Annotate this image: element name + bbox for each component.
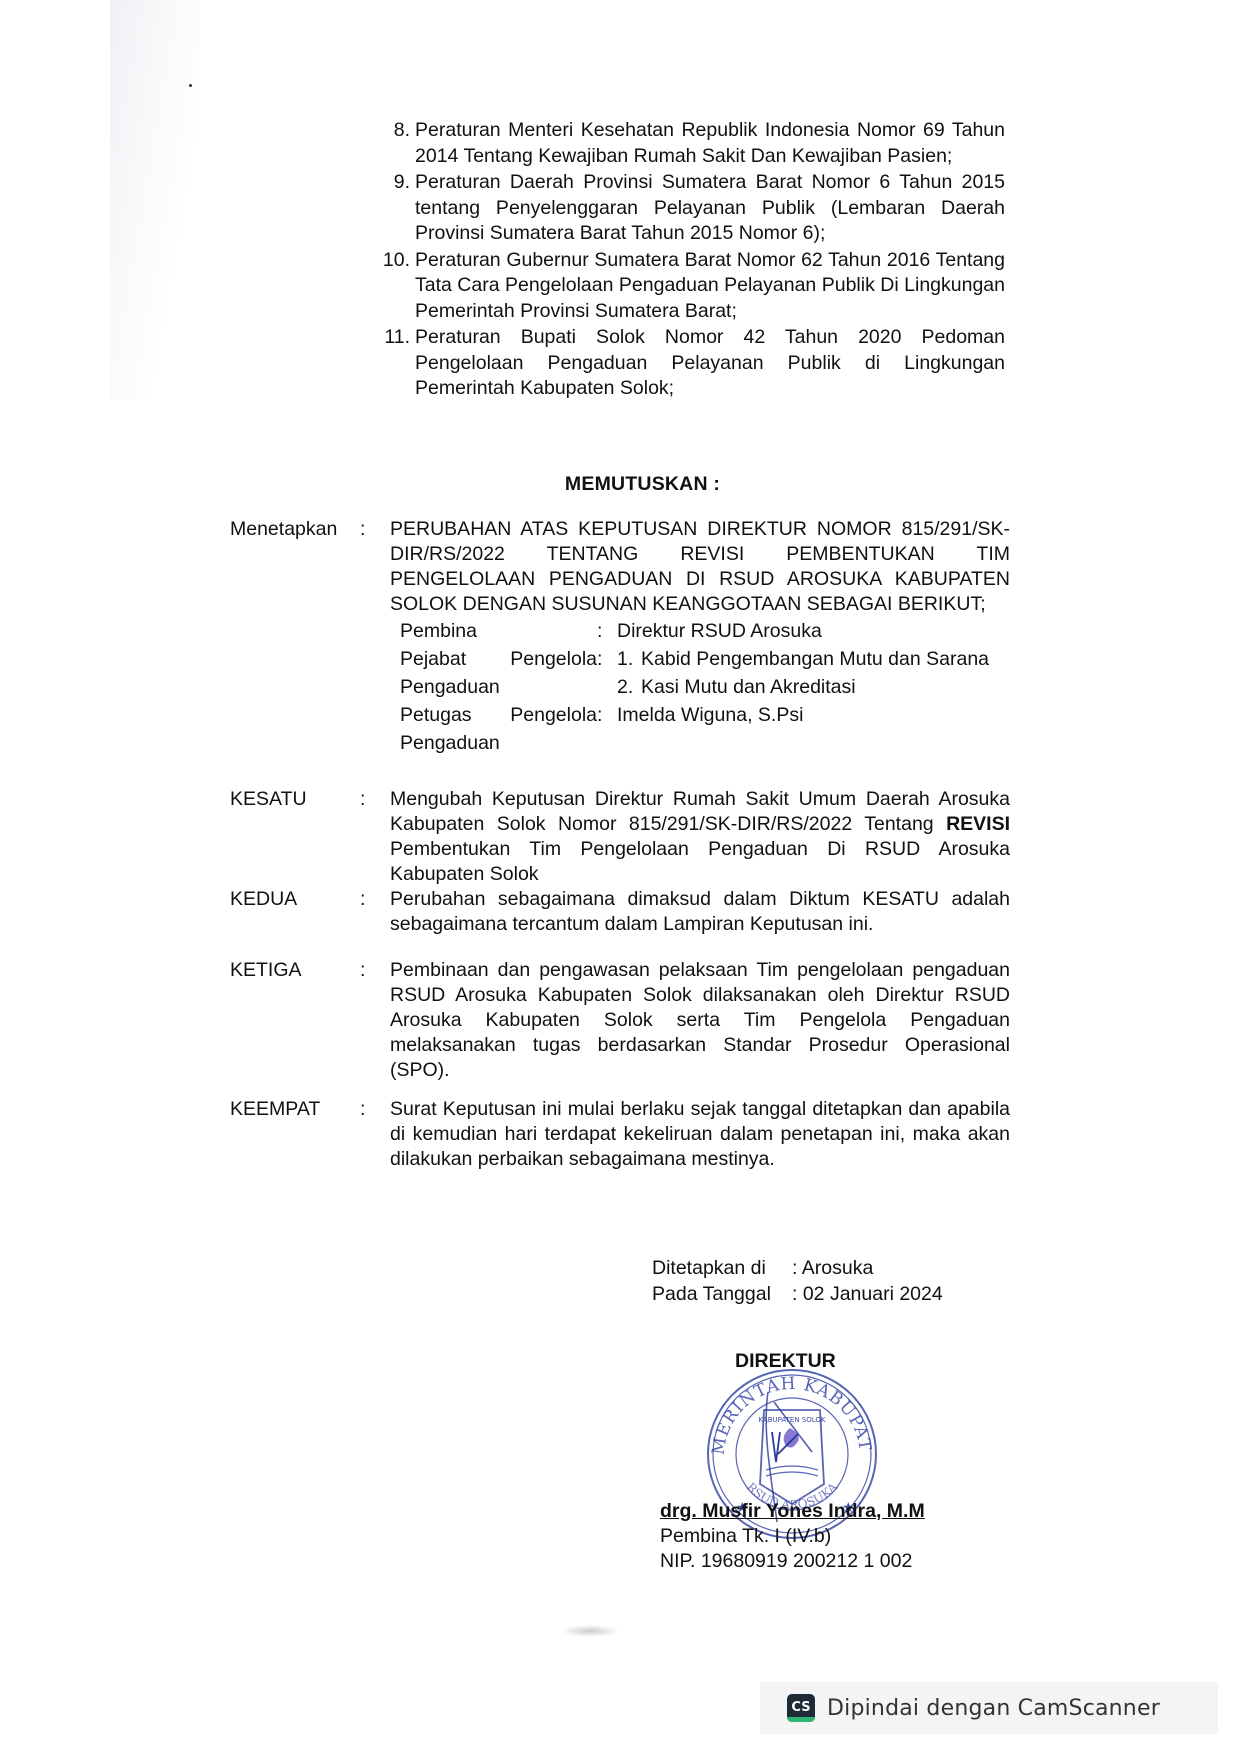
dictum-text-part: Pembentukan Tim Pengelolaan Pengaduan Di… (390, 838, 1010, 885)
heading-text: MEMUTUSKAN : (565, 473, 720, 495)
member-role: PetugasPengelola Pengaduan (390, 701, 597, 757)
item-text: Peraturan Gubernur Sumatera Barat Nomor … (415, 248, 1005, 325)
value-number: 2. (617, 673, 641, 701)
date-value: : 02 Januari 2024 (792, 1281, 943, 1307)
dictum-text-part: Mengubah Keputusan Direktur Rumah Sakit … (390, 788, 1010, 835)
role-text: Pejabat (400, 645, 466, 673)
value-text: Kabid Pengembangan Mutu dan Sarana (641, 645, 1010, 673)
signatory-nip: NIP. 19680919 200212 1 002 (660, 1550, 912, 1573)
item-number: 10. (375, 248, 415, 325)
place-value: : Arosuka (792, 1255, 873, 1281)
role-text: Pengelola (510, 701, 597, 729)
value-text: Kasi Mutu dan Akreditasi (641, 673, 1010, 701)
logo-text: CS (791, 1700, 810, 1715)
place-label: Ditetapkan di (652, 1255, 792, 1281)
item-text: Peraturan Bupati Solok Nomor 42 Tahun 20… (415, 325, 1005, 402)
dictum-text: Pembinaan dan pengawasan pelaksaan Tim p… (390, 958, 1010, 1083)
menetapkan-body: PERUBAHAN ATAS KEPUTUSAN DIREKTUR NOMOR … (390, 517, 1010, 757)
role-text: Pengelola (510, 645, 597, 673)
menetapkan-text: PERUBAHAN ATAS KEPUTUSAN DIREKTUR NOMOR … (390, 517, 1010, 617)
member-row-pejabat: PejabatPengelola Pengaduan : 1.Kabid Pen… (390, 645, 1010, 701)
document-page: 8. Peraturan Menteri Kesehatan Republik … (0, 0, 1240, 1755)
dictum-label: KEEMPAT (230, 1097, 358, 1172)
item-text: Peraturan Daerah Provinsi Sumatera Barat… (415, 170, 1005, 247)
dictum-keempat: KEEMPAT : Surat Keputusan ini mulai berl… (230, 1097, 1010, 1172)
dictum-kesatu: KESATU : Mengubah Keputusan Direktur Rum… (230, 787, 1010, 887)
member-role: PejabatPengelola Pengaduan (390, 645, 597, 701)
signatory-title: DIREKTUR (735, 1350, 836, 1373)
decision-heading: MEMUTUSKAN : (0, 473, 1240, 496)
role-text: Pembina (400, 620, 477, 642)
date-label: Pada Tanggal (652, 1281, 792, 1307)
colon: : (358, 1097, 390, 1172)
colon: : (358, 887, 390, 937)
signing-details: Ditetapkan di: Arosuka Pada Tanggal: 02 … (652, 1255, 943, 1307)
dictum-text: Surat Keputusan ini mulai berlaku sejak … (390, 1097, 1010, 1172)
dictum-kedua: KEDUA : Perubahan sebagaimana dimaksud d… (230, 887, 1010, 937)
dictum-label: KETIGA (230, 958, 358, 1083)
item-number: 8. (375, 118, 415, 169)
camscanner-logo-icon: CS (787, 1694, 815, 1722)
dictum-ketiga: KETIGA : Pembinaan dan pengawasan pelaks… (230, 958, 1010, 1083)
member-role: Pembina (390, 617, 597, 645)
item-number: 11. (375, 325, 415, 402)
signatory-name: drg. Musfir Yones Indra, M.M (660, 1500, 925, 1523)
member-value: Imelda Wiguna, S.Psi (617, 701, 1010, 757)
member-row-petugas: PetugasPengelola Pengaduan : Imelda Wigu… (390, 701, 1010, 757)
role-text: Petugas (400, 701, 472, 729)
dictum-text-bold: REVISI (946, 813, 1010, 835)
menetapkan-label: Menetapkan (230, 517, 358, 757)
dictum-text: Mengubah Keputusan Direktur Rumah Sakit … (390, 787, 1010, 887)
considerations-list: 8. Peraturan Menteri Kesehatan Republik … (375, 118, 1005, 403)
colon: : (358, 787, 390, 887)
member-value: Direktur RSUD Arosuka (617, 617, 1010, 645)
list-item: 11. Peraturan Bupati Solok Nomor 42 Tahu… (375, 325, 1005, 402)
watermark-text: Dipindai dengan CamScanner (827, 1696, 1160, 1721)
role-text: Pengaduan (400, 673, 597, 701)
role-text: Pengaduan (400, 729, 597, 757)
colon: : (597, 617, 617, 645)
member-row-pembina: Pembina : Direktur RSUD Arosuka (390, 617, 1010, 645)
colon: : (358, 958, 390, 1083)
dictum-text: Perubahan sebagaimana dimaksud dalam Dik… (390, 887, 1010, 937)
list-item: 8. Peraturan Menteri Kesehatan Republik … (375, 118, 1005, 169)
list-item: 9. Peraturan Daerah Provinsi Sumatera Ba… (375, 170, 1005, 247)
value-number: 1. (617, 645, 641, 673)
dictum-label: KESATU (230, 787, 358, 887)
colon: : (597, 645, 617, 701)
svg-text:KABUPATEN SOLOK: KABUPATEN SOLOK (758, 1416, 825, 1424)
colon: : (597, 701, 617, 757)
list-item: 10. Peraturan Gubernur Sumatera Barat No… (375, 248, 1005, 325)
item-number: 9. (375, 170, 415, 247)
team-members: Pembina : Direktur RSUD Arosuka PejabatP… (390, 617, 1010, 757)
colon: : (358, 517, 390, 757)
signatory-rank: Pembina Tk. I (IV.b) (660, 1525, 831, 1548)
scan-smudge (560, 1625, 620, 1637)
menetapkan-section: Menetapkan : PERUBAHAN ATAS KEPUTUSAN DI… (230, 517, 1010, 757)
member-value: 1.Kabid Pengembangan Mutu dan Sarana 2.K… (617, 645, 1010, 701)
camscanner-watermark: CS Dipindai dengan CamScanner (760, 1682, 1218, 1734)
item-text: Peraturan Menteri Kesehatan Republik Ind… (415, 118, 1005, 169)
dictum-label: KEDUA (230, 887, 358, 937)
